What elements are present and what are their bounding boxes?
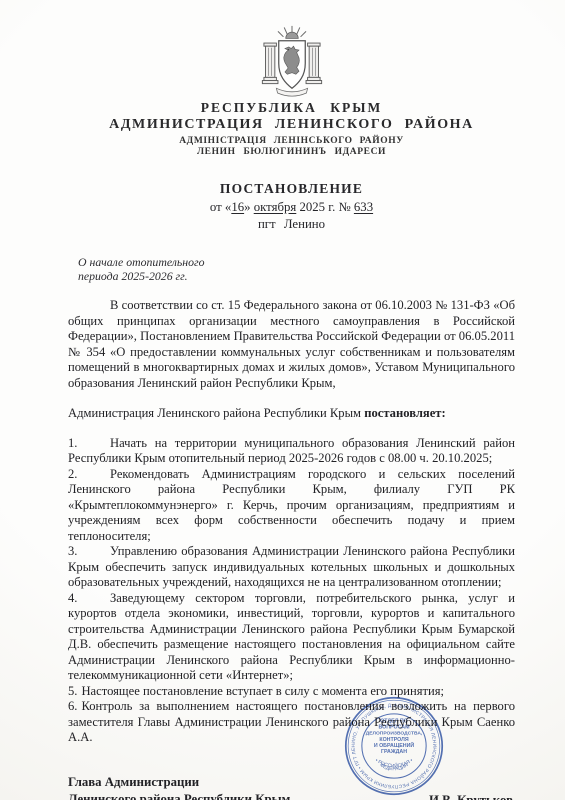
svg-text:• РОССИЙСКАЯ •: • РОССИЙСКАЯ • xyxy=(374,758,415,769)
letterhead-crimean-tatar: ЛЕНИН БЮЛЮГИНИНЪ ИДАРЕСИ xyxy=(68,147,515,157)
svg-text:ГРАЖДАН: ГРАЖДАН xyxy=(381,749,407,755)
item-number: 2. xyxy=(68,467,110,483)
item-text: Настоящее постановление вступает в силу … xyxy=(81,684,444,698)
item-text: Управлению образования Администрации Лен… xyxy=(68,544,515,589)
resolve-prefix: Администрация Ленинского района Республи… xyxy=(68,406,364,420)
item-number: 3. xyxy=(68,544,110,560)
left-column xyxy=(262,43,278,84)
item-number: 5. xyxy=(68,684,77,700)
date-day: 16 xyxy=(231,200,244,214)
item-number: 4. xyxy=(68,591,110,607)
document-place: пгт Ленино xyxy=(68,217,515,232)
order-items: 1.Начать на территории муниципального об… xyxy=(68,436,515,746)
order-item-4: 4.Заведующему сектором торговли, потреби… xyxy=(68,591,515,684)
letterhead-administration: АДМИНИСТРАЦИЯ ЛЕНИНСКОГО РАЙОНА xyxy=(68,117,515,133)
letterhead: РЕСПУБЛИКА КРЫМ АДМИНИСТРАЦИЯ ЛЕНИНСКОГО… xyxy=(68,0,515,157)
ribbon xyxy=(276,88,307,96)
signer-position-line-1: Глава Администрации xyxy=(68,774,290,791)
document-kind: ПОСТАНОВЛЕНИЕ xyxy=(68,181,515,197)
item-number: 6. xyxy=(68,699,77,715)
item-text: Контроль за выполнением настоящего поста… xyxy=(68,699,515,744)
svg-text:ФЕДЕРАЦИЯ: ФЕДЕРАЦИЯ xyxy=(379,762,410,772)
subject-line-1: О начале отопительного xyxy=(78,255,515,269)
item-text: Рекомендовать Администрациям городского … xyxy=(68,467,515,543)
signature-block: Глава Администрации Ленинского района Ре… xyxy=(68,774,515,800)
order-item-2: 2.Рекомендовать Администрациям городског… xyxy=(68,467,515,545)
right-column xyxy=(306,43,322,84)
document-subject: О начале отопительного периода 2025-2026… xyxy=(78,255,515,283)
document-date-line: от «16» октября 2025 г. № 633 xyxy=(68,200,515,215)
order-item-6: 6.Контроль за выполнением настоящего пос… xyxy=(68,699,515,746)
document-number: 633 xyxy=(354,200,373,214)
order-item-1: 1.Начать на территории муниципального об… xyxy=(68,436,515,467)
stamp-country-text: • РОССИЙСКАЯ • ФЕДЕРАЦИЯ xyxy=(374,758,415,772)
signer-position-line-2: Ленинского района Республики Крым xyxy=(68,791,290,800)
item-number: 1. xyxy=(68,436,110,452)
resolve-verb: постановляет: xyxy=(364,406,446,420)
crimea-coat-of-arms-icon xyxy=(253,24,331,98)
signer-position: Глава Администрации Ленинского района Ре… xyxy=(68,774,290,800)
document-body: В соответствии со ст. 15 Федерального за… xyxy=(68,298,515,746)
preamble-paragraph: В соответствии со ст. 15 Федерального за… xyxy=(68,298,515,391)
item-text: Начать на территории муниципального обра… xyxy=(68,436,515,466)
subject-line-2: периода 2025-2026 гг. xyxy=(78,269,515,283)
letterhead-ukrainian: АДМІНІСТРАЦІЯ ЛЕНІНСЬКОГО РАЙОНУ xyxy=(68,136,515,146)
signer-name: И.В. Крутьков xyxy=(429,793,515,800)
document-page: РЕСПУБЛИКА КРЫМ АДМИНИСТРАЦИЯ ЛЕНИНСКОГО… xyxy=(0,0,565,800)
resolve-paragraph: Администрация Ленинского района Республи… xyxy=(68,406,515,422)
date-month: октября xyxy=(254,200,297,214)
order-item-5: 5.Настоящее постановление вступает в сил… xyxy=(68,684,515,700)
order-item-3: 3.Управлению образования Администрации Л… xyxy=(68,544,515,591)
title-block: ПОСТАНОВЛЕНИЕ от «16» октября 2025 г. № … xyxy=(68,181,515,232)
letterhead-republic: РЕСПУБЛИКА КРЫМ xyxy=(68,100,515,116)
item-text: Заведующему сектором торговли, потребите… xyxy=(68,591,515,683)
